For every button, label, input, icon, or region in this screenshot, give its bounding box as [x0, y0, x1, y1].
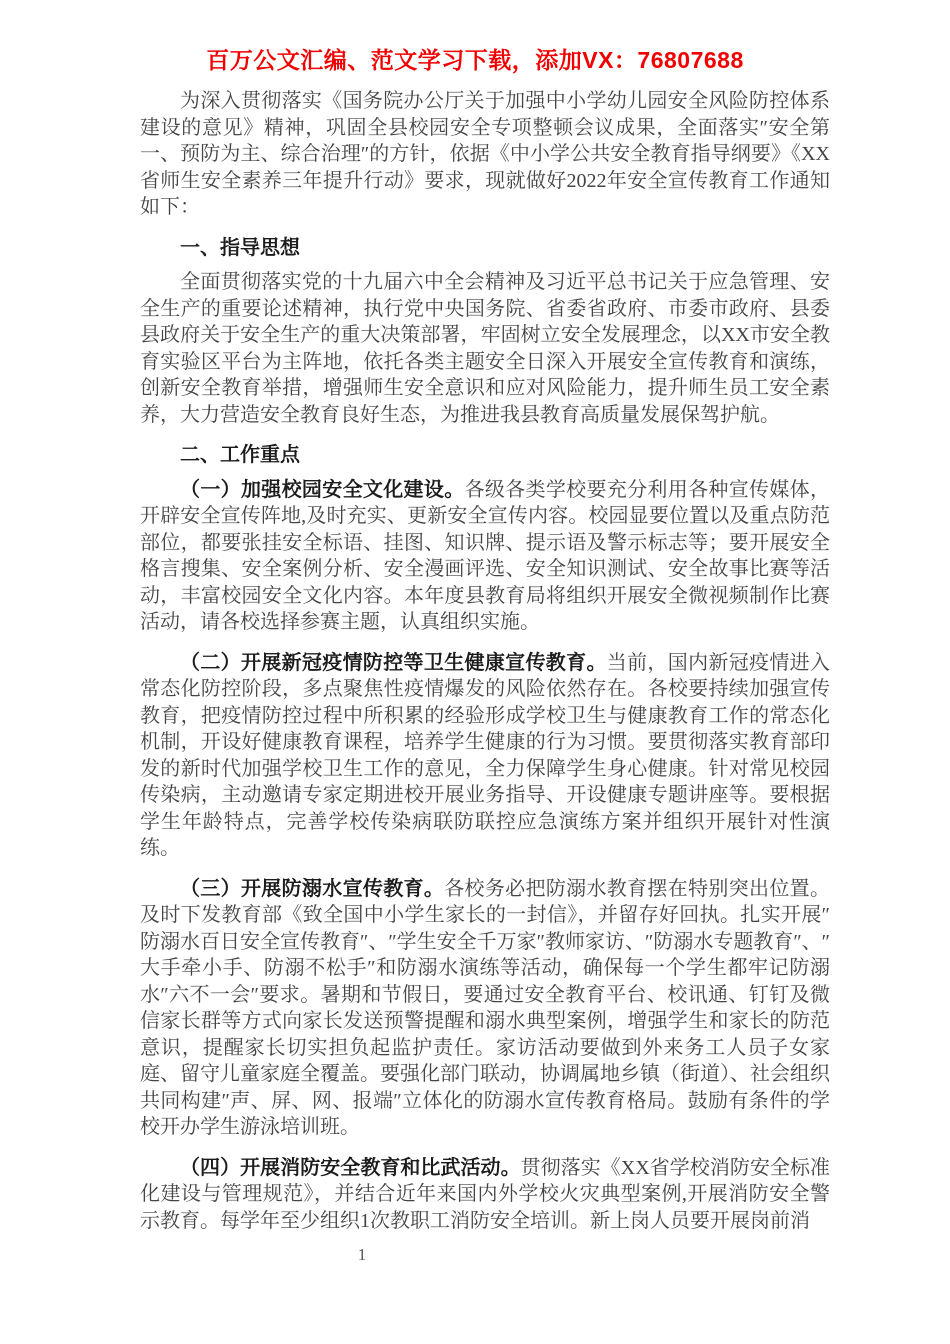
paragraph-text: 全面贯彻落实党的十九届六中全会精神及习近平总书记关于应急管理、安全生产的重要论述… [140, 271, 830, 426]
paragraph-lead: （四）开展消防安全教育和比武活动。 [180, 1157, 521, 1179]
paragraph-text: 各校务必把防溺水教育摆在特别突出位置。及时下发教育部《致全国中小学生家长的一封信… [140, 878, 830, 1139]
work-item-4-paragraph: （四）开展消防安全教育和比武活动。贯彻落实《XX省学校消防安全标准化建设与管理规… [140, 1155, 830, 1235]
intro-paragraph: 为深入贯彻落实《国务院办公厅关于加强中小学幼儿园安全风险防控体系建设的意见》精神… [140, 88, 830, 221]
paragraph-lead: （二）开展新冠疫情防控等卫生健康宣传教育。 [180, 652, 607, 674]
paragraph-text: 各级各类学校要充分利用各种宣传媒体，开辟安全宣传阵地,及时充实、更新安全宣传内容… [140, 479, 830, 634]
paragraph-lead: （一）加强校园安全文化建设。 [180, 479, 465, 501]
paragraph-text: 当前，国内新冠疫情进入常态化防控阶段，多点聚焦性疫情爆发的风险依然存在。各校要持… [140, 652, 830, 860]
work-item-1-paragraph: （一）加强校园安全文化建设。各级各类学校要充分利用各种宣传媒体，开辟安全宣传阵地… [140, 477, 830, 636]
header-promo-notice: 百万公文汇编、范文学习下载，添加VX：76807688 [0, 42, 950, 75]
section-heading-work-priorities: 二、工作重点 [140, 442, 830, 469]
section-heading-guiding-ideology: 一、指导思想 [140, 235, 830, 262]
guiding-ideology-paragraph: 全面贯彻落实党的十九届六中全会精神及习近平总书记关于应急管理、安全生产的重要论述… [140, 269, 830, 428]
work-item-3-paragraph: （三）开展防溺水宣传教育。各校务必把防溺水教育摆在特别突出位置。及时下发教育部《… [140, 876, 830, 1141]
paragraph-lead: （三）开展防溺水宣传教育。 [180, 878, 444, 900]
document-body: 为深入贯彻落实《国务院办公厅关于加强中小学幼儿园安全风险防控体系建设的意见》精神… [140, 88, 830, 1248]
page-number: 1 [352, 1245, 372, 1265]
document-page: 百万公文汇编、范文学习下载，添加VX：76807688 为深入贯彻落实《国务院办… [0, 0, 950, 1344]
work-item-2-paragraph: （二）开展新冠疫情防控等卫生健康宣传教育。当前，国内新冠疫情进入常态化防控阶段，… [140, 650, 830, 862]
